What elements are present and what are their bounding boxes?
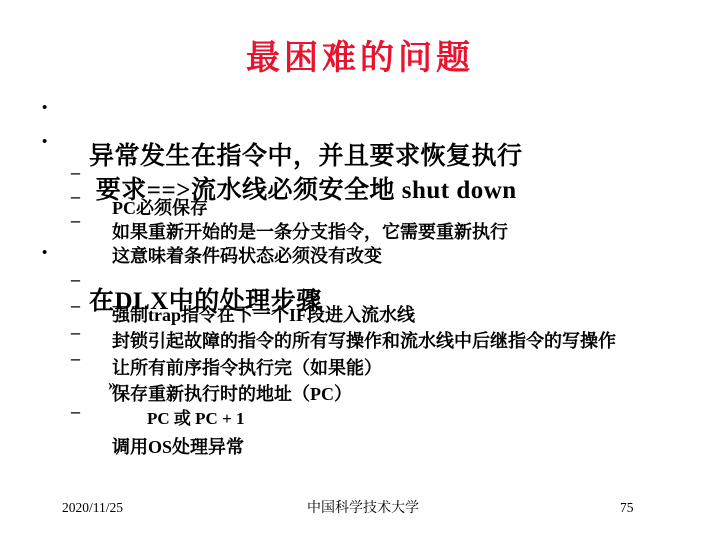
bullet-dot-icon: • bbox=[42, 246, 47, 261]
dash-icon: – bbox=[71, 211, 80, 229]
dash-icon: – bbox=[71, 296, 80, 314]
dash-icon: – bbox=[71, 349, 80, 367]
sub-bullet-item: – 调用OS处理异常 bbox=[94, 402, 244, 474]
dash-icon: – bbox=[71, 163, 80, 181]
dash-icon: – bbox=[71, 402, 80, 420]
bullet-dot-icon: • bbox=[42, 101, 47, 116]
bullet-dot-icon: • bbox=[42, 135, 47, 150]
slide-title: 最困难的问题 bbox=[18, 30, 702, 79]
sub-bullet-text: 调用OS处理异常 bbox=[112, 437, 244, 457]
slide-canvas: 最困难的问题 • 异常发生在指令中，并且要求恢复执行 • 要求==>流水线必须安… bbox=[0, 0, 720, 540]
footer-page-number: 75 bbox=[620, 501, 634, 516]
chevron-right-icon: » bbox=[108, 376, 117, 393]
footer-date: 2020/11/25 bbox=[62, 501, 123, 516]
dash-icon: – bbox=[71, 323, 80, 341]
dash-icon: – bbox=[71, 187, 80, 205]
dash-icon: – bbox=[71, 270, 80, 288]
